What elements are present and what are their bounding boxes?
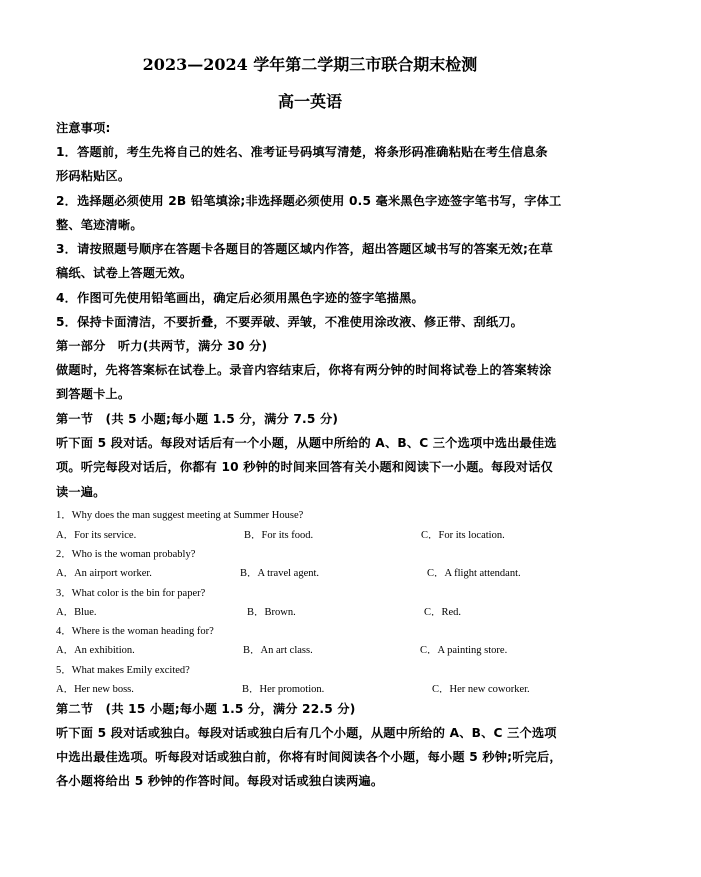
question-3: 3．What color is the bin for paper?: [56, 585, 205, 600]
notice-line: 3．请按照题号顺序在答题卡各题目的答题区域内作答，超出答题区域书写的答案无效;在…: [56, 240, 553, 257]
section1-heading: 第一节 (共 5 小题;每小题 1.5 分，满分 7.5 分): [56, 410, 338, 427]
option-4a: A．An exhibition.: [56, 642, 135, 657]
notice-line: 1．答题前，考生先将自己的姓名、准考证号码填写清楚，将条形码准确粘贴在考生信息条: [56, 143, 548, 160]
exam-title: 2023—2024 学年第二学期三市联合期末检测: [0, 52, 620, 75]
option-4c: C．A painting store.: [420, 642, 507, 657]
option-5c: C．Her new coworker.: [432, 681, 530, 696]
section1-instruction: 读一遍。: [56, 483, 106, 500]
option-3b: B．Brown.: [247, 604, 296, 619]
option-2b: B．A travel agent.: [240, 565, 319, 580]
option-5b: B．Her promotion.: [242, 681, 324, 696]
part1-instruction: 到答题卡上。: [56, 385, 130, 402]
question-4: 4．Where is the woman heading for?: [56, 623, 214, 638]
option-1a: A．For its service.: [56, 527, 136, 542]
question-1: 1．Why does the man suggest meeting at Su…: [56, 507, 303, 522]
question-5: 5．What makes Emily excited?: [56, 662, 190, 677]
section2-instruction: 听下面 5 段对话或独白。每段对话或独白后有几个小题，从题中所给的 A、B、C …: [56, 724, 557, 741]
part1-instruction: 做题时，先将答案标在试卷上。录音内容结束后，你将有两分钟的时间将试卷上的答案转涂: [56, 361, 552, 378]
notice-line: 4．作图可先使用铅笔画出，确定后必须用黑色字迹的签字笔描黑。: [56, 289, 424, 306]
notice-line: 整、笔迹清晰。: [56, 216, 143, 233]
notice-line: 稿纸、试卷上答题无效。: [56, 264, 192, 281]
part1-heading: 第一部分 听力(共两节，满分 30 分): [56, 337, 267, 354]
section2-instruction: 各小题将给出 5 秒钟的作答时间。每段对话或独白读两遍。: [56, 772, 383, 789]
option-5a: A．Her new boss.: [56, 681, 134, 696]
section1-instruction: 项。听完每段对话后，你都有 10 秒钟的时间来回答有关小题和阅读下一小题。每段对…: [56, 458, 553, 475]
notice-line: 形码粘贴区。: [56, 167, 130, 184]
section2-heading: 第二节 (共 15 小题;每小题 1.5 分，满分 22.5 分): [56, 700, 356, 717]
option-2c: C．A flight attendant.: [427, 565, 521, 580]
question-2: 2．Who is the woman probably?: [56, 546, 195, 561]
exam-page: 2023—2024 学年第二学期三市联合期末检测 高一英语 注意事项: 1．答题…: [0, 0, 701, 877]
option-3a: A．Blue.: [56, 604, 97, 619]
section1-instruction: 听下面 5 段对话。每段对话后有一个小题，从题中所给的 A、B、C 三个选项中选…: [56, 434, 557, 451]
exam-subtitle: 高一英语: [0, 89, 620, 112]
option-2a: A．An airport worker.: [56, 565, 152, 580]
section2-instruction: 中选出最佳选项。听每段对话或独白前，你将有时间阅读各个小题，每小题 5 秒钟;听…: [56, 748, 562, 765]
notice-line: 5．保持卡面清洁，不要折叠，不要弄破、弄皱，不准使用涂改液、修正带、刮纸刀。: [56, 313, 523, 330]
option-1b: B．For its food.: [244, 527, 313, 542]
option-4b: B．An art class.: [243, 642, 313, 657]
notice-line: 2．选择题必须使用 2B 铅笔填涂;非选择题必须使用 0.5 毫米黑色字迹签字笔…: [56, 192, 561, 209]
option-1c: C．For its location.: [421, 527, 505, 542]
option-3c: C．Red.: [424, 604, 461, 619]
notice-heading: 注意事项:: [56, 119, 111, 136]
